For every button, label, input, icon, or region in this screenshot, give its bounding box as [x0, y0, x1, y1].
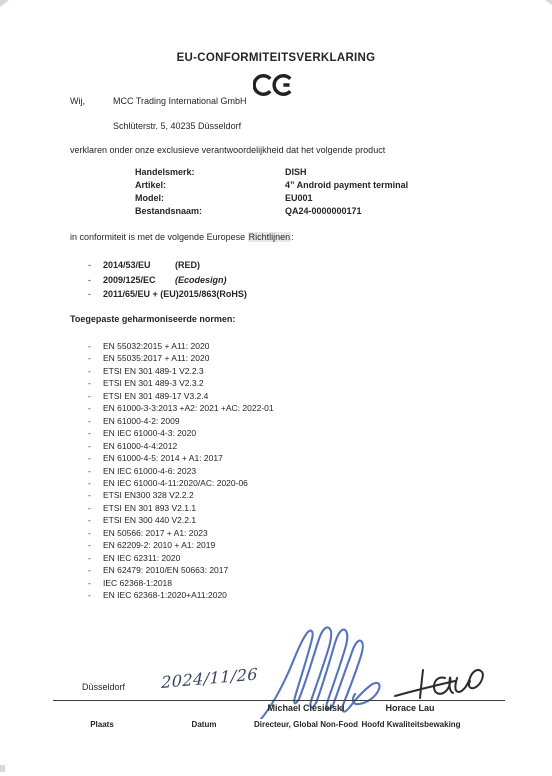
signature-horace-lau: [393, 658, 493, 709]
date-label: Datum: [166, 720, 242, 729]
conformity-suffix: :: [291, 232, 294, 242]
bullet-dash: [88, 452, 103, 464]
bullet-dash: [88, 477, 103, 489]
bullet-dash: [88, 340, 103, 352]
bullet-dash: [88, 539, 103, 551]
bullet-dash: [88, 440, 103, 452]
standard-item: EN 62479: 2010/EN 50663: 2017: [88, 564, 274, 576]
product-table: Handelsmerk:DISH Artikel:4” Android paym…: [135, 166, 408, 218]
bullet-dash: [88, 427, 103, 439]
signer-name: Horace Lau: [352, 703, 468, 713]
standard-item: ETSI EN 301 489-3 V2.3.2: [88, 377, 274, 389]
bullet-dash: [88, 402, 103, 414]
bullet-dash: [88, 465, 103, 477]
bullet-dash: [88, 273, 103, 288]
directive-name: (RED): [175, 260, 200, 270]
product-label: Model:: [135, 192, 285, 205]
conformity-prefix: in conformiteit is met de volgende Europ…: [70, 232, 248, 242]
declaration-statement: verklaren onder onze exclusieve verantwo…: [70, 145, 385, 156]
company-address: Schlüterstr. 5, 40235 Düsseldorf: [113, 121, 241, 132]
document-title: EU-CONFORMITEITSVERKLARING: [0, 52, 552, 64]
bullet-dash: [88, 514, 103, 526]
bullet-dash: [88, 564, 103, 576]
wij-label: Wij,: [70, 96, 85, 107]
directive-item: 2014/53/EU(RED): [88, 258, 247, 273]
standard-item: EN IEC 62311: 2020: [88, 552, 274, 564]
bullet-dash: [88, 577, 103, 589]
product-value: EU001: [285, 193, 313, 203]
product-value: DISH: [285, 167, 307, 177]
bullet-dash: [88, 352, 103, 364]
directives-list: 2014/53/EU(RED) 2009/125/EC(Ecodesign) 2…: [88, 258, 247, 302]
standard-item: ETSI EN300 328 V2.2.2: [88, 489, 274, 501]
standard-item: ETSI EN 301 489-17 V3.2.4: [88, 390, 274, 402]
product-value: 4” Android payment terminal: [285, 180, 408, 190]
standards-list: EN 55032:2015 + A11: 2020 EN 55035:2017 …: [88, 340, 274, 602]
directive-item: 2011/65/EU + (EU)2015/863(RoHS): [88, 287, 247, 302]
scan-artifact: [0, 0, 9, 7]
product-row: Handelsmerk:DISH: [135, 166, 408, 179]
product-label: Bestandsnaam:: [135, 205, 285, 218]
handwritten-date: 2024/11/26: [161, 665, 251, 692]
bullet-dash: [88, 287, 103, 302]
company-name: MCC Trading International GmbH: [113, 96, 247, 107]
product-row: Artikel:4” Android payment terminal: [135, 179, 408, 192]
bullet-dash: [88, 415, 103, 427]
directive-code: 2009/125/EC: [103, 273, 175, 288]
conformity-sentence: in conformiteit is met de volgende Europ…: [70, 232, 294, 243]
product-row: Model:EU001: [135, 192, 408, 205]
bullet-dash: [88, 552, 103, 564]
standard-item: EN IEC 62368-1:2020+A11:2020: [88, 589, 274, 601]
product-label: Artikel:: [135, 179, 285, 192]
directive-item: 2009/125/EC(Ecodesign): [88, 273, 247, 288]
directive-name: (RoHS): [216, 289, 247, 299]
place-value: Düsseldorf: [82, 682, 125, 693]
ce-mark-icon: [253, 73, 293, 97]
standard-item: ETSI EN 300 440 V2.2.1: [88, 514, 274, 526]
standard-item: EN 50566: 2017 + A1: 2023: [88, 527, 274, 539]
standard-item: EN 61000-3-3:2013 +A2: 2021 +AC: 2022-01: [88, 402, 274, 414]
bullet-dash: [88, 390, 103, 402]
standard-item: EN 61000-4-5: 2014 + A1: 2017: [88, 452, 274, 464]
directive-code: 2014/53/EU: [103, 258, 175, 273]
signature-line: [53, 700, 505, 701]
bullet-dash: [88, 502, 103, 514]
place-label: Plaats: [62, 720, 142, 729]
standard-item: ETSI EN 301 489-1 V2.2.3: [88, 365, 274, 377]
product-label: Handelsmerk:: [135, 166, 285, 179]
scan-artifact: [545, 0, 552, 5]
standards-heading: Toegepaste geharmoniseerde normen:: [70, 314, 235, 325]
standard-item: ETSI EN 301 893 V2.1.1: [88, 502, 274, 514]
bullet-dash: [88, 489, 103, 501]
declaration-document: EU-CONFORMITEITSVERKLARING Wij, MCC Trad…: [0, 0, 552, 776]
standard-item: EN IEC 61000-4-3: 2020: [88, 427, 274, 439]
directive-code: 2011/65/EU + (EU)2015/863: [103, 287, 216, 302]
standard-item: IEC 62368-1:2018: [88, 577, 274, 589]
bullet-dash: [88, 365, 103, 377]
bullet-dash: [88, 258, 103, 273]
bullet-dash: [88, 589, 103, 601]
conformity-highlighted-word: Richtlijnen: [248, 232, 292, 242]
standard-item: EN 55032:2015 + A11: 2020: [88, 340, 274, 352]
product-value: QA24-0000000171: [285, 206, 362, 216]
standard-item: EN 55035:2017 + A11: 2020: [88, 352, 274, 364]
bullet-dash: [88, 377, 103, 389]
directive-name: (Ecodesign): [175, 275, 227, 285]
standard-item: EN 62209-2: 2010 + A1: 2019: [88, 539, 274, 551]
standard-item: EN IEC 61000-4-6: 2023: [88, 465, 274, 477]
standard-item: EN 61000-4-2: 2009: [88, 415, 274, 427]
product-row: Bestandsnaam:QA24-0000000171: [135, 205, 408, 218]
standard-item: EN 61000-4-4:2012: [88, 440, 274, 452]
standard-item: EN IEC 61000-4-11:2020/AC: 2020-06: [88, 477, 274, 489]
scan-artifact: [0, 765, 5, 772]
signer-role: Hoofd Kwaliteitsbewaking: [350, 720, 472, 729]
bullet-dash: [88, 527, 103, 539]
